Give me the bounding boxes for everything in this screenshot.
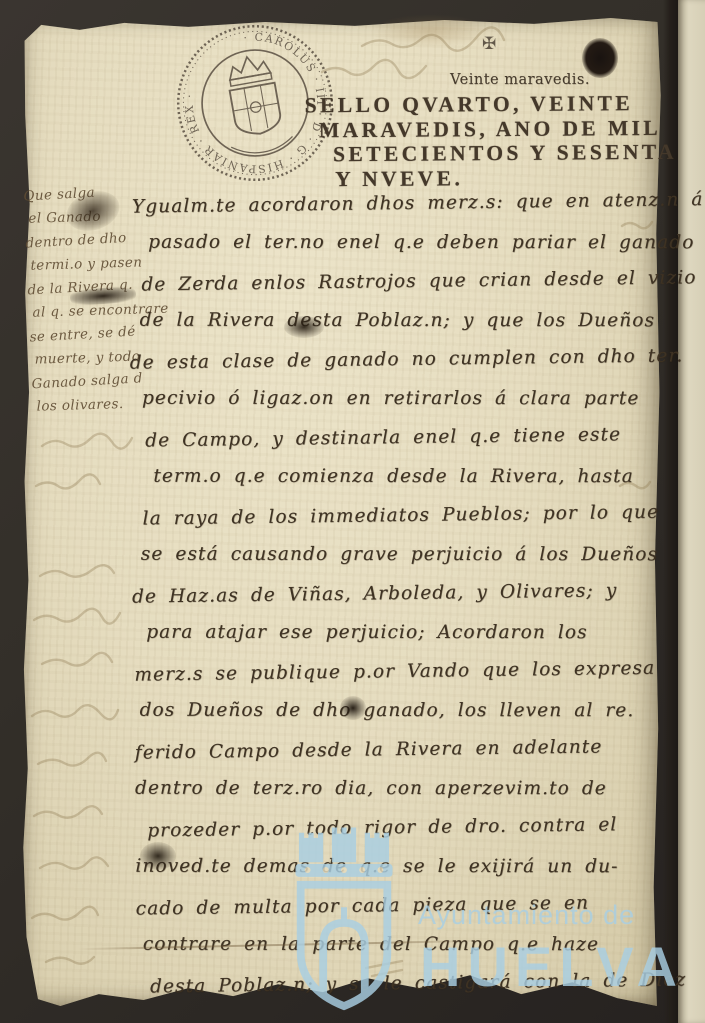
manuscript-line: la raya de los immediatos Pueblos; por l… [142, 492, 678, 538]
manuscript-line: inoved.te demas de q.e se le exijirá un … [135, 847, 680, 886]
tax-value-line: Veinte maravedis. [450, 72, 590, 88]
page-content: · CAROLUS · III · D · G · HISPANIAR · RE… [22, 16, 662, 1006]
manuscript-line: de Haz.as de Viñas, Arboleda, y Olivares… [132, 570, 679, 616]
printed-header: SELLO QVARTO, VEINTEMARAVEDIS, ANO DE MI… [305, 91, 705, 192]
printed-header-line: SETECIENTOS Y SESENTA [333, 140, 705, 167]
manuscript-line: pecivio ó ligaz.on en retirarlos á clara… [142, 379, 678, 418]
manuscript-line: cado de multa por cada pieza que se en [135, 882, 680, 928]
foxing-stain [370, 14, 490, 48]
manuscript-line: para atajar ese perjuicio; Acordaron los [146, 613, 679, 652]
manuscript-line: Ygualm.te acordaron dhos merz.s: que en … [132, 180, 677, 226]
cross-icon: ✠ [482, 34, 496, 54]
manuscript-line: se está causando grave perjuicio á los D… [141, 535, 679, 574]
manuscript-line: desta Poblaz.n; y se le castigará con la… [150, 960, 681, 1006]
manuscript-line: dentro de terz.ro dia, con aperzevim.to … [135, 769, 680, 808]
manuscript-line: de esta clase de ganado no cumplen con d… [130, 336, 678, 382]
manuscript-line: prozeder p.or todo rigor de dro. contra … [147, 804, 680, 850]
manuscript-line: de Campo, y destinarla enel q.e tiene es… [145, 414, 678, 460]
manuscript-line: term.o q.e comienza desde la Rivera, has… [153, 457, 678, 496]
manuscript-line: dos Dueños de dho ganado, los lleven al … [140, 691, 680, 730]
manuscript-line: ferido Campo desde la Rivera en adelante [135, 726, 680, 772]
manuscript-line: pasado el ter.no enel q.e deben pariar e… [148, 223, 677, 262]
printed-header-line: MARAVEDIS, ANO DE MIL [319, 115, 705, 142]
manuscript-line: de Zerda enlos Rastrojos que crian desde… [141, 258, 677, 304]
manuscript-line: merz.s se publique p.or Vando que los ex… [134, 648, 679, 694]
manuscript-line: de la Rivera desta Poblaz.n; y que los D… [140, 301, 678, 340]
scanned-document-view: · CAROLUS · III · D · G · HISPANIAR · RE… [0, 0, 705, 1023]
printed-header-line: SELLO QVARTO, VEINTE [305, 91, 705, 118]
manuscript-body: Ygualm.te acordaron dhos merz.s: que en … [132, 183, 681, 1005]
